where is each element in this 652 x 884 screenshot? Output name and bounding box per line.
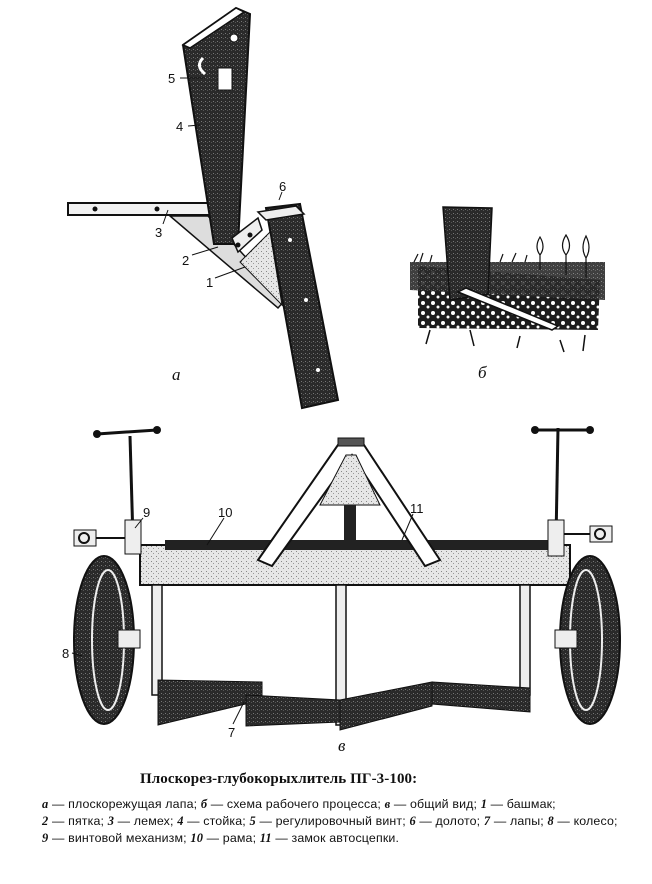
illustration <box>0 0 652 760</box>
caption-text: — регулировочный винт; <box>256 814 410 828</box>
caption-title: Плоскорез-глубокорыхлитель ПГ-3-100: <box>140 771 417 788</box>
caption-text: — долото; <box>416 814 484 828</box>
callout-8: 8 <box>62 647 69 660</box>
caption-text: — рама; <box>203 831 260 845</box>
caption-text: — схема рабочего процесса; <box>207 797 384 811</box>
subfigure-label-a: а <box>172 366 181 383</box>
caption-text: — башмак; <box>487 797 556 811</box>
caption-text: — стойка; <box>184 814 250 828</box>
caption-line-1: а — плоскорежущая лапа; б — схема рабоче… <box>42 797 556 812</box>
callout-11: 11 <box>410 502 424 515</box>
caption-text: — замок автосцепки. <box>272 831 399 845</box>
caption-text: — колесо; <box>554 814 618 828</box>
caption-text: — лапы; <box>490 814 547 828</box>
process-diagram <box>410 207 605 352</box>
callout-9: 9 <box>143 506 150 519</box>
subfigure-label-v: в <box>338 737 345 754</box>
caption-text: — лемех; <box>114 814 177 828</box>
caption-line-2: 2 — пятка; 3 — лемех; 4 — стойка; 5 — ре… <box>42 814 618 829</box>
caption-key: 11 <box>260 831 272 845</box>
callout-6: 6 <box>279 180 286 193</box>
callout-1: 1 <box>206 276 213 289</box>
caption-text: — винтовой механизм; <box>48 831 190 845</box>
caption-key: 10 <box>190 831 203 845</box>
caption-line-3: 9 — винтовой механизм; 10 — рама; 11 — з… <box>42 831 399 846</box>
paw-drawing <box>68 8 338 408</box>
callout-2: 2 <box>182 254 189 267</box>
callout-5: 5 <box>168 72 175 85</box>
callout-7: 7 <box>228 726 235 739</box>
figure: 5 4 3 2 1 6 а б 9 10 11 8 7 в <box>0 0 652 760</box>
caption-text: — плоскорежущая лапа; <box>48 797 200 811</box>
callout-4: 4 <box>176 120 183 133</box>
caption-text: — общий вид; <box>390 797 480 811</box>
machine-drawing <box>72 426 620 730</box>
callout-3: 3 <box>155 226 162 239</box>
callout-10: 10 <box>218 506 232 519</box>
subfigure-label-b: б <box>478 364 487 381</box>
caption-text: — пятка; <box>48 814 107 828</box>
